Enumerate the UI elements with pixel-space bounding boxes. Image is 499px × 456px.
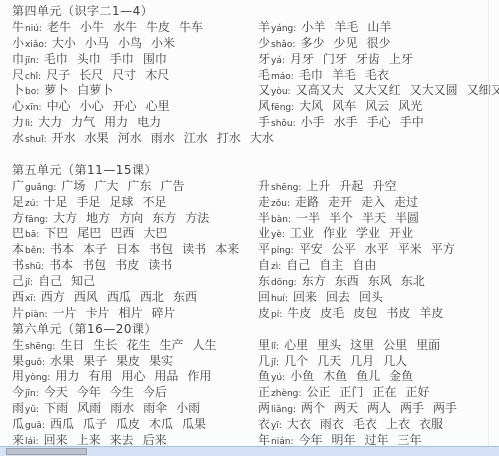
word: 广告 — [160, 179, 184, 193]
pinyin: bàn: — [271, 215, 291, 225]
word: 大风 — [299, 99, 323, 113]
word: 风云 — [365, 99, 389, 113]
word: 中心 — [47, 99, 71, 113]
hanzi: 东 — [258, 274, 270, 288]
word: 用心 — [121, 369, 145, 383]
word: 江水 — [184, 131, 208, 145]
word: 毛巾 — [299, 68, 323, 82]
word: 过年 — [365, 433, 389, 447]
word: 广场 — [61, 179, 85, 193]
word: 长尺 — [79, 68, 103, 82]
hanzi: 心 — [12, 99, 24, 113]
word: 风雨 — [77, 401, 101, 415]
word: 小雨 — [176, 401, 200, 415]
pinyin: zì: — [271, 262, 281, 272]
word: 上升 — [306, 179, 330, 193]
word: 牛车 — [179, 20, 203, 34]
vocab-row: 广guǎng:广场广大广东广告升shēng:上升升起升空 — [12, 177, 499, 193]
word: 一半 — [296, 211, 320, 225]
word: 用力 — [55, 369, 79, 383]
word: 力气 — [71, 115, 95, 129]
word: 皮包 — [353, 306, 377, 320]
vocab-row: 足zú:十足手足足球不足走zǒu:走路走开走入走过 — [12, 193, 499, 209]
word: 方向 — [119, 211, 143, 225]
word: 木鱼 — [323, 369, 347, 383]
word: 书皮 — [115, 258, 139, 272]
vocab-row: 用yòng:用力有用用心用品作用鱼yú:小鱼木鱼鱼儿金鱼 — [12, 367, 499, 383]
word: 几人 — [383, 354, 407, 368]
word: 尺寸 — [112, 68, 136, 82]
word: 下雨 — [44, 401, 68, 415]
word: 围巾 — [143, 52, 167, 66]
word: 开心 — [113, 99, 137, 113]
word: 尾巴 — [77, 226, 101, 240]
word: 升空 — [372, 179, 396, 193]
word: 风光 — [398, 99, 422, 113]
word: 几个 — [284, 354, 308, 368]
hanzi: 回 — [258, 290, 270, 304]
hanzi: 本 — [12, 242, 24, 256]
word: 平安 — [299, 242, 323, 256]
pinyin: yú: — [271, 373, 285, 383]
word: 回来 — [44, 433, 68, 447]
word: 方法 — [185, 211, 209, 225]
vocab-row: 第五单元（第11—15课） — [12, 161, 499, 177]
pinyin: liǎng: — [271, 405, 296, 415]
hanzi: 走 — [258, 195, 270, 209]
word: 手中 — [400, 115, 424, 129]
hanzi: 半 — [258, 211, 270, 225]
word: 毛巾 — [44, 52, 68, 66]
word: 自己 — [38, 274, 62, 288]
word: 碎片 — [152, 306, 176, 320]
word: 下巴 — [44, 226, 68, 240]
word: 牛皮 — [287, 306, 311, 320]
pinyin: yī: — [271, 421, 282, 431]
hanzi: 正 — [258, 385, 270, 399]
hanzi: 广 — [12, 179, 24, 193]
word: 西北 — [140, 290, 164, 304]
word: 走开 — [328, 195, 352, 209]
pinyin: máo: — [271, 72, 294, 82]
word: 正门 — [339, 385, 363, 399]
word: 书包 — [82, 258, 106, 272]
word: 两天 — [334, 401, 358, 415]
word: 开业 — [389, 226, 413, 240]
word: 大水 — [250, 131, 274, 145]
hanzi: 用 — [12, 369, 24, 383]
word: 两人 — [367, 401, 391, 415]
hanzi: 方 — [12, 211, 24, 225]
word: 头巾 — [77, 52, 101, 66]
hanzi: 书 — [12, 258, 24, 272]
word: 今年 — [298, 433, 322, 447]
word: 月牙 — [290, 52, 314, 66]
vocab-row: 尺chǐ:尺子长尺尺寸木尺毛máo:毛巾羊毛毛衣 — [12, 66, 499, 82]
word: 公平 — [332, 242, 356, 256]
pinyin: shuǐ: — [25, 135, 47, 145]
section-title: 第四单元（识字二1—4） — [12, 4, 153, 18]
word: 西瓜 — [50, 417, 74, 431]
section-title: 第五单元（第11—15课） — [12, 163, 157, 177]
word: 门牙 — [323, 52, 347, 66]
word: 两手 — [400, 401, 424, 415]
word: 又高又大 — [296, 83, 344, 97]
word: 风车 — [332, 99, 356, 113]
vocab-row: 第四单元（识字二1—4） — [12, 2, 499, 18]
word: 尺子 — [46, 68, 70, 82]
vocab-row: 力lì:大力力气用力电力手shǒu:小手水手手心手中 — [12, 113, 499, 129]
word: 不足 — [143, 195, 167, 209]
vocab-row: 片piàn:一片卡片相片碎片皮pí:牛皮皮毛皮包书皮羊皮 — [12, 304, 499, 320]
hanzi: 衣 — [258, 417, 270, 431]
right-cell: 皮pí:牛皮皮毛皮包书皮羊皮 — [258, 304, 499, 324]
pinyin: fāng: — [25, 215, 48, 225]
word: 西方 — [41, 290, 65, 304]
word: 雨衣 — [320, 417, 344, 431]
word: 足球 — [110, 195, 134, 209]
pinyin: píng: — [271, 246, 294, 256]
right-cell: 手shǒu:小手水手手心手中 — [258, 113, 499, 133]
pinyin: zhèng: — [271, 389, 301, 399]
word: 一片 — [52, 306, 76, 320]
word: 半个 — [329, 211, 353, 225]
pinyin: dōng: — [271, 278, 297, 288]
word: 上衣 — [386, 417, 410, 431]
hanzi: 两 — [258, 401, 270, 415]
hanzi: 羊 — [258, 20, 270, 34]
word: 打水 — [217, 131, 241, 145]
vocab-list: 第四单元（识字二1—4）牛niú:老牛小牛水牛牛皮牛车羊yáng:小羊羊毛山羊小… — [12, 2, 499, 447]
hanzi: 毛 — [258, 68, 270, 82]
pinyin: pí: — [271, 310, 282, 320]
hanzi: 片 — [12, 306, 24, 320]
word: 小鸟 — [118, 36, 142, 50]
word: 又大又圆 — [410, 83, 458, 97]
word: 回来 — [293, 290, 317, 304]
word: 作业 — [323, 226, 347, 240]
pinyin: shēng: — [271, 183, 301, 193]
word: 小手 — [301, 115, 325, 129]
word: 今后 — [143, 385, 167, 399]
word: 小米 — [151, 36, 175, 50]
word: 几天 — [317, 354, 341, 368]
hanzi: 今 — [12, 385, 24, 399]
hanzi: 足 — [12, 195, 24, 209]
hanzi: 牙 — [258, 52, 270, 66]
word: 东西 — [173, 290, 197, 304]
vocab-row: 来lái:回来上来来去后来年nián:今年明年过年三年 — [12, 431, 499, 447]
word: 正好 — [405, 385, 429, 399]
vocab-row: 巾jīn:毛巾头巾手巾围巾牙yá:月牙门牙牙齿上牙 — [12, 50, 499, 66]
word: 牛皮 — [146, 20, 170, 34]
hanzi: 来 — [12, 433, 24, 447]
word: 今年 — [77, 385, 101, 399]
pinyin: yáng: — [271, 24, 296, 34]
hanzi: 果 — [12, 354, 24, 368]
word: 山羊 — [367, 20, 391, 34]
word: 木瓜 — [149, 417, 173, 431]
word: 作用 — [187, 369, 211, 383]
hanzi: 几 — [258, 354, 270, 368]
hanzi: 水 — [12, 131, 24, 145]
left-cell: 水shuǐ:开水水果河水雨水江水打水大水 — [12, 129, 258, 149]
pinyin: běn: — [25, 246, 45, 256]
word: 瓜皮 — [116, 417, 140, 431]
vocab-row: 心xīn:中心小心开心心里风fēng:大风风车风云风光 — [12, 97, 499, 113]
word: 来去 — [110, 433, 134, 447]
word: 几月 — [350, 354, 374, 368]
word: 毛衣 — [365, 68, 389, 82]
word: 雨水 — [151, 131, 175, 145]
word: 人生 — [192, 338, 216, 352]
word: 平方 — [431, 242, 455, 256]
hanzi: 生 — [12, 338, 24, 352]
word: 瓜果 — [182, 417, 206, 431]
word: 小羊 — [301, 20, 325, 34]
word: 小心 — [80, 99, 104, 113]
word: 果子 — [83, 354, 107, 368]
word: 回头 — [359, 290, 383, 304]
word: 巴西 — [110, 226, 134, 240]
pinyin: xī: — [25, 294, 36, 304]
vocab-row: 巴bā:下巴尾巴巴西大巴业yè:工业作业学业开业 — [12, 224, 499, 240]
word: 大力 — [38, 115, 62, 129]
word: 花生 — [126, 338, 150, 352]
hanzi: 卜 — [12, 83, 24, 97]
word: 升起 — [339, 179, 363, 193]
word: 羊皮 — [419, 306, 443, 320]
hanzi: 自 — [258, 258, 270, 272]
hanzi: 业 — [258, 226, 270, 240]
word: 用品 — [154, 369, 178, 383]
word: 又细又长 — [467, 83, 499, 97]
word: 有用 — [88, 369, 112, 383]
word: 果皮 — [116, 354, 140, 368]
vocab-row: 瓜guā:西瓜瓜子瓜皮木瓜瓜果衣yī:大衣雨衣毛衣上衣衣服 — [12, 415, 499, 431]
word: 水果 — [85, 131, 109, 145]
word: 东北 — [401, 274, 425, 288]
word: 两手 — [433, 401, 457, 415]
word: 广大 — [94, 179, 118, 193]
pinyin: jīn: — [25, 56, 39, 66]
word: 羊毛 — [334, 20, 358, 34]
word: 水牛 — [113, 20, 137, 34]
word: 水平 — [365, 242, 389, 256]
pinyin: xiǎo: — [25, 40, 47, 50]
hanzi: 小 — [12, 36, 24, 50]
hanzi: 少 — [258, 36, 270, 50]
vocab-worksheet-page: { "colors": { "page_bg": "#fcfcfc", "tex… — [0, 0, 499, 456]
word: 雨水 — [110, 401, 134, 415]
word: 地方 — [86, 211, 110, 225]
hanzi: 皮 — [258, 306, 270, 320]
word: 里头 — [317, 338, 341, 352]
hanzi: 年 — [258, 433, 270, 447]
word: 两个 — [301, 401, 325, 415]
vocab-row: 方fāng:大方地方方向东方方法半bàn:一半半个半天半圆 — [12, 209, 499, 225]
word: 工业 — [290, 226, 314, 240]
scrollbar-thumb[interactable] — [6, 448, 87, 455]
pinyin: bo: — [25, 87, 39, 97]
word: 用力 — [104, 115, 128, 129]
pinyin: bā: — [25, 230, 39, 240]
hanzi: 手 — [258, 115, 270, 129]
vocab-row: 卜bo:萝卜白萝卜又yòu:又高又大又大又红又大又圆又细又长 — [12, 81, 499, 97]
word: 生产 — [159, 338, 183, 352]
word: 书本 — [50, 242, 74, 256]
word: 上来 — [77, 433, 101, 447]
word: 公正 — [306, 385, 330, 399]
pinyin: yòu: — [271, 87, 291, 97]
word: 书皮 — [386, 306, 410, 320]
hanzi: 瓜 — [12, 417, 24, 431]
word: 半圆 — [395, 211, 419, 225]
vocab-row: 今jīn:今天今年今生今后正zhèng:公正正门正在正好 — [12, 383, 499, 399]
word: 羊毛 — [332, 68, 356, 82]
word: 大巴 — [143, 226, 167, 240]
word: 金鱼 — [389, 369, 413, 383]
pinyin: shēng: — [25, 342, 55, 352]
word: 走路 — [295, 195, 319, 209]
word: 读书 — [182, 242, 206, 256]
word: 生长 — [93, 338, 117, 352]
word: 手心 — [367, 115, 391, 129]
word: 自主 — [319, 258, 343, 272]
pinyin: huí: — [271, 294, 288, 304]
word: 白萝卜 — [77, 83, 113, 97]
word: 东方 — [152, 211, 176, 225]
word: 心里 — [146, 99, 170, 113]
hanzi: 牛 — [12, 20, 24, 34]
pinyin: shū: — [25, 262, 44, 272]
word: 后来 — [143, 433, 167, 447]
word: 上牙 — [389, 52, 413, 66]
word: 皮毛 — [320, 306, 344, 320]
pinyin: yòng: — [25, 373, 50, 383]
word: 西瓜 — [107, 290, 131, 304]
word: 里面 — [416, 338, 440, 352]
pinyin: zú: — [25, 199, 38, 209]
hanzi: 风 — [258, 99, 270, 113]
word: 电力 — [137, 115, 161, 129]
pinyin: yá: — [271, 56, 285, 66]
word: 正在 — [372, 385, 396, 399]
pinyin: lì: — [25, 119, 33, 129]
word: 牙齿 — [356, 52, 380, 66]
pinyin: jīn: — [25, 389, 39, 399]
hanzi: 雨 — [12, 401, 24, 415]
word: 卡片 — [86, 306, 110, 320]
hanzi: 巾 — [12, 52, 24, 66]
word: 公里 — [383, 338, 407, 352]
hanzi: 里 — [258, 338, 270, 352]
word: 萝卜 — [44, 83, 68, 97]
vocab-row: 书shū:书本书包书皮读书自zì:自己自主自由 — [12, 256, 499, 272]
word: 这里 — [350, 338, 374, 352]
word: 明年 — [332, 433, 356, 447]
pinyin: chǐ: — [25, 72, 41, 82]
pinyin: xīn: — [25, 103, 42, 113]
word: 水果 — [50, 354, 74, 368]
hanzi: 鱼 — [258, 369, 270, 383]
word: 三年 — [398, 433, 422, 447]
word: 相片 — [119, 306, 143, 320]
word: 书包 — [149, 242, 173, 256]
word: 半天 — [362, 211, 386, 225]
pinyin: niú: — [25, 24, 42, 34]
word: 本子 — [83, 242, 107, 256]
word: 日本 — [116, 242, 140, 256]
hanzi: 西 — [12, 290, 24, 304]
word: 读书 — [148, 258, 172, 272]
word: 书本 — [49, 258, 73, 272]
word: 广东 — [127, 179, 151, 193]
word: 衣服 — [419, 417, 443, 431]
word: 今生 — [110, 385, 134, 399]
vocab-row: 生shēng:生日生长花生生产人生里lǐ:心里里头这里公里里面 — [12, 336, 499, 352]
word: 自由 — [352, 258, 376, 272]
word: 很少 — [367, 36, 391, 50]
word: 多少 — [300, 36, 324, 50]
word: 老牛 — [47, 20, 71, 34]
section-title: 第六单元（第16—20课） — [12, 322, 157, 336]
vocab-row: 西xī:西方西风西瓜西北东西回huí:回来回去回头 — [12, 288, 499, 304]
word: 手足 — [77, 195, 101, 209]
word: 木尺 — [145, 68, 169, 82]
word: 走入 — [361, 195, 385, 209]
word: 本来 — [215, 242, 239, 256]
pinyin: shǒu: — [271, 119, 296, 129]
word: 平米 — [398, 242, 422, 256]
word: 西风 — [74, 290, 98, 304]
hanzi: 力 — [12, 115, 24, 129]
word: 走过 — [394, 195, 418, 209]
word: 又大又红 — [353, 83, 401, 97]
pinyin: guā: — [25, 421, 45, 431]
pinyin: shǎo: — [271, 40, 295, 50]
pinyin: jǐ: — [25, 278, 33, 288]
word: 心里 — [284, 338, 308, 352]
pinyin: zǒu: — [271, 199, 290, 209]
hanzi: 又 — [258, 83, 270, 97]
word: 自己 — [286, 258, 310, 272]
word: 鱼儿 — [356, 369, 380, 383]
word: 学业 — [356, 226, 380, 240]
word: 小鱼 — [290, 369, 314, 383]
word: 小牛 — [80, 20, 104, 34]
word: 河水 — [118, 131, 142, 145]
word: 生日 — [60, 338, 84, 352]
word: 水手 — [334, 115, 358, 129]
vocab-row: 牛niú:老牛小牛水牛牛皮牛车羊yáng:小羊羊毛山羊 — [12, 18, 499, 34]
pinyin: lǐ: — [271, 342, 279, 352]
vocab-row: 果guǒ:水果果子果皮果实几jǐ:几个几天几月几人 — [12, 352, 499, 368]
pinyin: jǐ: — [271, 358, 279, 368]
hanzi: 己 — [12, 274, 24, 288]
word: 十足 — [43, 195, 67, 209]
pinyin: guǎng: — [25, 183, 56, 193]
word: 少见 — [333, 36, 357, 50]
word: 瓜子 — [83, 417, 107, 431]
vocab-row: 雨yǔ:下雨风雨雨水雨伞小雨两liǎng:两个两天两人两手两手 — [12, 399, 499, 415]
word: 果实 — [149, 354, 173, 368]
horizontal-scrollbar[interactable] — [0, 446, 499, 456]
vocab-row: 小xiǎo:大小小马小鸟小米少shǎo:多少少见很少 — [12, 34, 499, 50]
hanzi: 升 — [258, 179, 270, 193]
vocab-row: 本běn:书本本子日本书包读书本来平píng:平安公平水平平米平方 — [12, 240, 499, 256]
hanzi: 巴 — [12, 226, 24, 240]
